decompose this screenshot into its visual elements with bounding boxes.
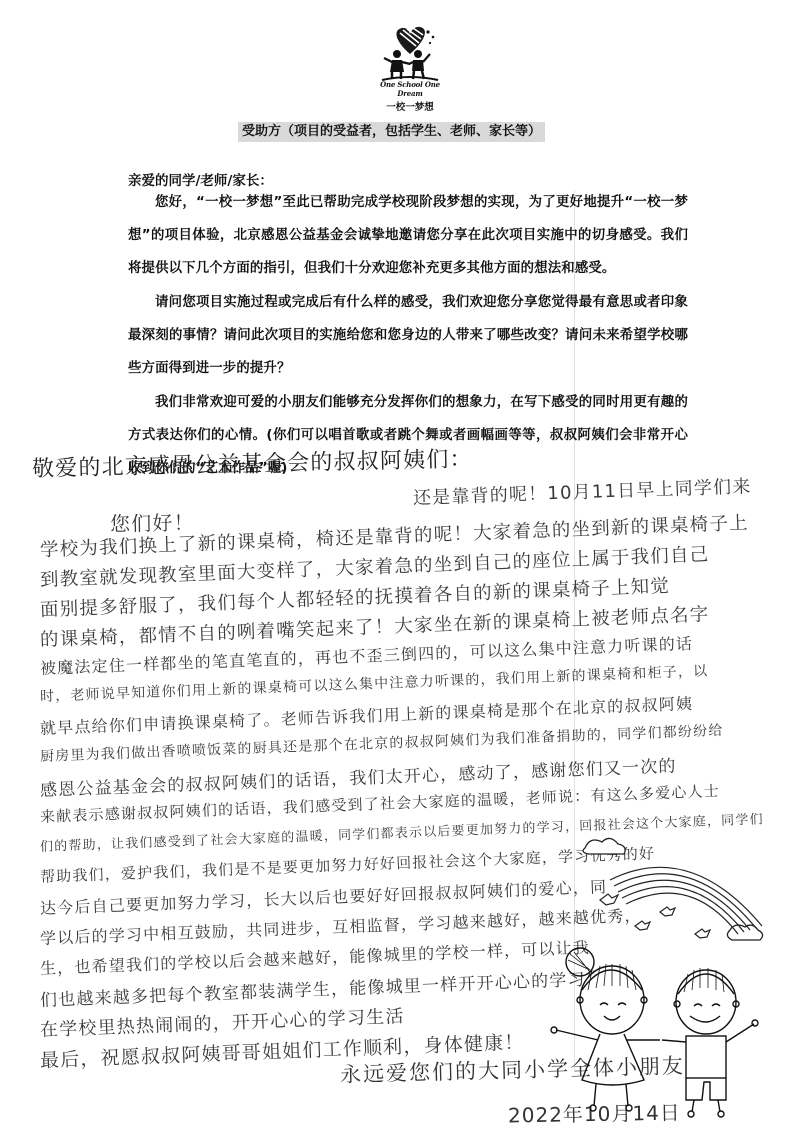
instruction-paragraph-2: 请问您项目实施过程或完成后有什么样的感受，我们欢迎您分享您觉得最有意思或者印象最…	[128, 286, 688, 385]
children-heart-logo-icon	[378, 24, 442, 82]
logo-chinese-text: 一校一梦想	[372, 99, 448, 113]
letter-date: 2022年10月14日	[508, 1096, 681, 1128]
instruction-paragraph-1: 您好，“一校一梦想”至此已帮助完成学校现阶段梦想的实现，为了更好地提升“一校一梦…	[128, 186, 688, 285]
boy-figure	[662, 968, 758, 1117]
cloud-icon	[727, 925, 762, 940]
one-school-one-dream-logo: One School One Dream 一校一梦想	[372, 24, 448, 116]
form-heading: 受助方（项目的受益者，包括学生、老师、家长等）	[238, 122, 545, 142]
logo-english-text: One School One Dream	[372, 80, 448, 98]
